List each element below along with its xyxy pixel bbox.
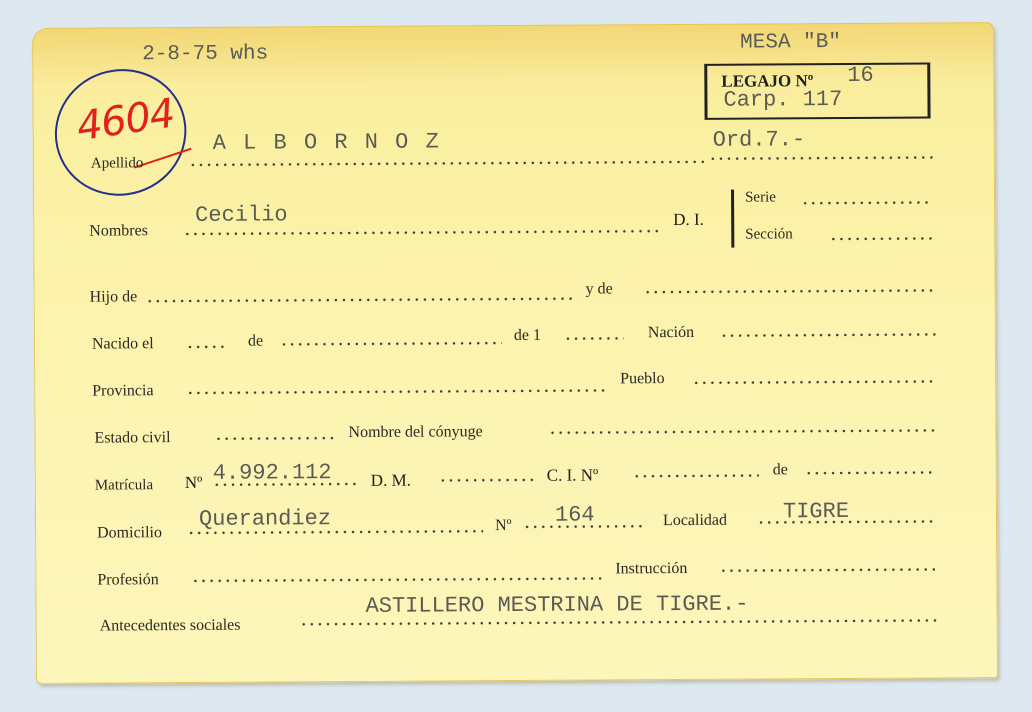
apellido-value[interactable]: A L B O R N O Z — [213, 129, 441, 155]
ci-label: C. I. Nº — [547, 465, 599, 485]
matricula-no-label: Nº — [185, 473, 203, 493]
seccion-label: Sección — [745, 226, 793, 243]
nombres-value[interactable]: Cecilio — [195, 202, 288, 228]
legajo-value: 16 — [847, 63, 874, 88]
header-date: 2-8-75 whs — [142, 43, 268, 67]
nacido-year-label: de 1 — [514, 327, 541, 345]
carpeta-value: Carp. 117 — [723, 87, 842, 113]
ci-de-dotted-line[interactable] — [805, 470, 937, 475]
instruccion-label: Instrucción — [615, 560, 687, 578]
mesa-label: MESA "B" — [740, 31, 841, 55]
ord-value[interactable]: Ord.7.- — [713, 127, 806, 153]
dm-label: D. M. — [371, 471, 411, 491]
nacion-label: Nación — [648, 324, 694, 342]
domicilio-label: Domicilio — [97, 524, 162, 542]
seccion-dotted-line[interactable] — [829, 236, 933, 241]
pueblo-dotted-line[interactable] — [692, 379, 936, 384]
y-de-dotted-line[interactable] — [644, 288, 934, 294]
apellido-label: Apellido — [91, 155, 144, 172]
profesion-dotted-line[interactable] — [191, 576, 603, 583]
y-de-label: y de — [586, 280, 613, 298]
ord-dotted-line — [709, 155, 933, 160]
nacido-month-dotted-line[interactable] — [280, 341, 502, 346]
ci-de-label: de — [773, 461, 788, 479]
localidad-value[interactable]: TIGRE — [783, 499, 849, 524]
nombres-label: Nombres — [89, 222, 148, 240]
domicilio-dotted-line — [187, 529, 483, 535]
pueblo-label: Pueblo — [620, 370, 665, 388]
dm-dotted-line[interactable] — [439, 478, 535, 483]
di-label: D. I. — [673, 210, 704, 230]
nacido-day-dotted-line[interactable] — [186, 345, 228, 349]
antecedentes-value[interactable]: ASTILLERO MESTRINA DE TIGRE.- — [365, 592, 748, 619]
nacido-label: Nacido el — [92, 335, 154, 353]
antecedentes-dotted-line — [300, 618, 940, 626]
archive-card: 2-8-75 whs MESA "B" LEGAJO Nº 16 Carp. 1… — [32, 22, 998, 684]
localidad-label: Localidad — [663, 512, 727, 530]
serie-dotted-line[interactable] — [801, 200, 931, 205]
matricula-dotted-line — [213, 482, 361, 487]
nombres-dotted-line — [183, 229, 663, 236]
domicilio-no-label: Nº — [495, 517, 512, 535]
domicilio-no-value[interactable]: 164 — [555, 503, 595, 528]
profesion-label: Profesión — [97, 571, 158, 589]
nacido-year-dotted-line[interactable] — [564, 336, 624, 340]
provincia-label: Provincia — [92, 382, 153, 400]
legajo-box: LEGAJO Nº 16 Carp. 117 — [704, 62, 930, 119]
provincia-dotted-line[interactable] — [186, 388, 606, 395]
serie-label: Serie — [745, 189, 776, 206]
antecedentes-label: Antecedentes sociales — [100, 617, 241, 636]
conyuge-dotted-line[interactable] — [548, 428, 936, 434]
hijo-de-dotted-line[interactable] — [146, 297, 574, 304]
matricula-label: Matrícula — [95, 477, 153, 494]
di-divider — [731, 190, 734, 248]
estado-civil-dotted-line[interactable] — [215, 436, 335, 441]
nacido-de-label: de — [248, 333, 263, 351]
apellido-dotted-line — [189, 160, 709, 167]
conyuge-label: Nombre del cónyuge — [348, 423, 482, 442]
instruccion-dotted-line[interactable] — [719, 567, 937, 572]
domicilio-value[interactable]: Querandiez — [199, 506, 331, 532]
hijo-de-label: Hijo de — [90, 288, 138, 306]
nacion-dotted-line[interactable] — [720, 332, 936, 337]
ci-dotted-line[interactable] — [633, 474, 759, 479]
estado-civil-label: Estado civil — [94, 429, 170, 447]
